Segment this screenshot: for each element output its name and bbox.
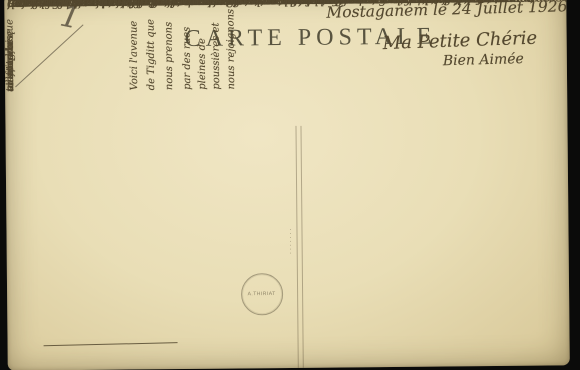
- photographer-stamp-text: A.THIRIAT: [248, 292, 276, 297]
- postcard-center-divider: [295, 126, 303, 368]
- photographer-stamp: A.THIRIAT: [241, 273, 283, 315]
- margin-note-column: ville arabe.: [4, 0, 18, 92]
- postcard-back: CARTE POSTALE 1 Mostaganem le 24 Juillet…: [4, 0, 570, 370]
- margin-note-column: de Tigditt que: [145, 0, 159, 90]
- margin-note-column: par des rues: [181, 0, 195, 90]
- margin-note-column: pleines de: [196, 0, 210, 90]
- margin-note-column: Voici l'avenue: [128, 0, 142, 91]
- margin-note-column: nous rejoignons: [225, 0, 239, 90]
- pencil-slash-mark: [15, 24, 83, 87]
- margin-note-column: poussières et: [210, 0, 224, 90]
- margin-note-column: nous prenons: [163, 0, 177, 90]
- handwritten-salutation-line2: Bien Aimée: [443, 51, 524, 69]
- handwritten-salutation: Ma Petite Chérie: [382, 28, 537, 55]
- hand-drawn-underline: [44, 342, 178, 346]
- divider-imprint-text: ·······: [287, 184, 295, 254]
